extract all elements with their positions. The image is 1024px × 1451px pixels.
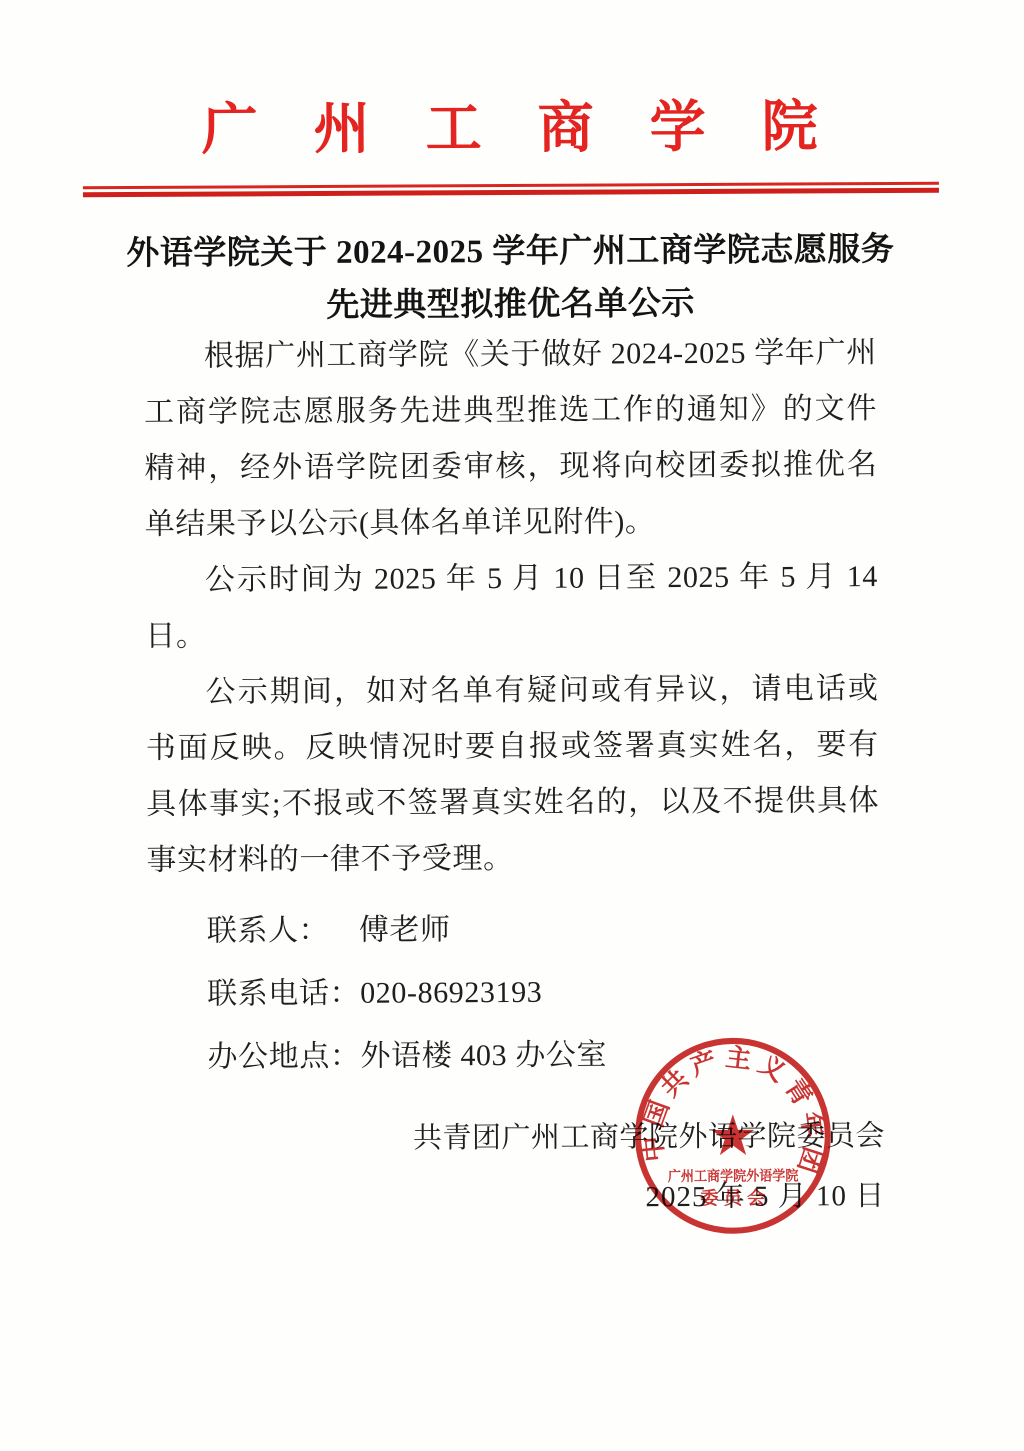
- divider-thick-line: [83, 188, 939, 197]
- body-paragraph-objection: 公示期间，如对名单有疑问或有异议，请电话或书面反映。反映情况时要自报或签署真实姓…: [145, 661, 879, 889]
- issue-date: 2025 年 5 月 10 日: [645, 1173, 885, 1215]
- document-title-line1: 外语学院关于 2024-2025 学年广州工商学院志愿服务: [60, 224, 960, 282]
- document-title: 外语学院关于 2024-2025 学年广州工商学院志愿服务 先进典型拟推优名单公…: [60, 224, 961, 335]
- contact-phone-row: 联系电话：020-86923193: [207, 959, 880, 1026]
- contact-person-row: 联系人：傅老师: [207, 896, 880, 963]
- scanned-sheet: 广 州 工 商 学 院 外语学院关于 2024-2025 学年广州工商学院志愿服…: [0, 0, 1024, 1451]
- contact-block: 联系人：傅老师 联系电话：020-86923193 办公地点：外语楼 403 办…: [207, 896, 881, 1089]
- contact-office-value: 外语楼 403 办公室: [360, 1039, 607, 1073]
- contact-person-value: 傅老师: [359, 913, 451, 946]
- body-paragraph-basis: 根据广州工商学院《关于做好 2024-2025 学年广州工商学院志愿服务先进典型…: [144, 325, 878, 553]
- body-paragraph-period: 公示时间为 2025 年 5 月 10 日至 2025 年 5 月 14 日。: [145, 549, 879, 665]
- issuing-committee-signature: 共青团广州工商学院外语学院委员会: [413, 1113, 885, 1156]
- letterhead-divider: [83, 182, 939, 197]
- contact-office-row: 办公地点：外语楼 403 办公室: [207, 1022, 880, 1089]
- contact-phone-label: 联系电话：: [207, 962, 360, 1026]
- contact-person-label: 联系人：: [207, 899, 359, 963]
- contact-phone-value: 020-86923193: [360, 976, 542, 1010]
- university-letterhead: 广 州 工 商 学 院: [0, 93, 1022, 164]
- contact-office-label: 办公地点：: [207, 1025, 360, 1089]
- document-page: 广 州 工 商 学 院 外语学院关于 2024-2025 学年广州工商学院志愿服…: [0, 0, 1024, 1451]
- document-body: 根据广州工商学院《关于做好 2024-2025 学年广州工商学院志愿服务先进典型…: [144, 325, 881, 1089]
